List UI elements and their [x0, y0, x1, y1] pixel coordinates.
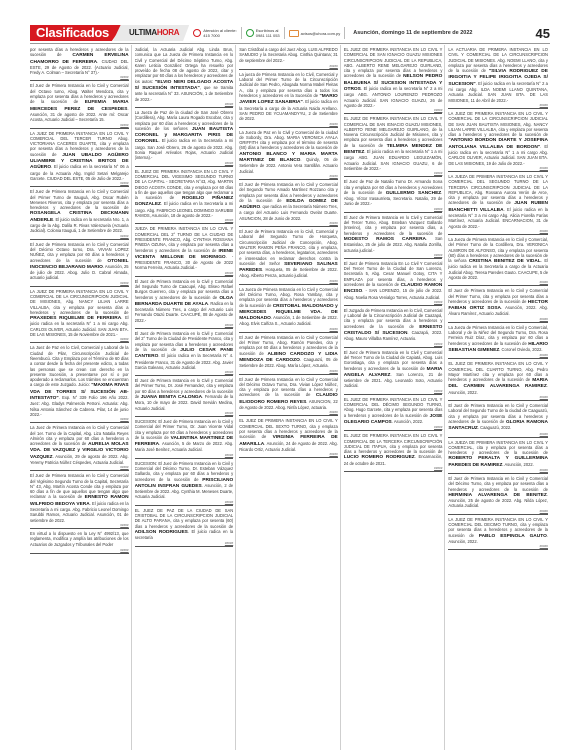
legal-notice: EL JUEZ DE PRIMERA INSTANCIA EN LO CIVIL…	[344, 395, 443, 431]
notice-text: LA JUEZ DE PRIMERA INSTANCIA EN LO CIVIL…	[30, 289, 129, 315]
notice-code: #####	[135, 541, 234, 545]
legal-notice: El Juez de Primera Instancia en lo Civil…	[344, 213, 443, 259]
legal-notice: El Juez de Primera Instancia en lo Civil…	[448, 474, 548, 515]
column-3: San Cristóbal a cargo del Juez Abog. LUI…	[239, 45, 341, 750]
page-number: 45	[536, 26, 550, 41]
notice-subject-name: HERMINIA ALVARENGA DE BENITEZ	[448, 493, 546, 498]
legal-notice: LA ACTUARIA DE PRIMERA INSTANCIA EN LO C…	[448, 45, 548, 109]
notice-text: El Juez de Primera Instancia en lo Civil…	[239, 229, 338, 266]
classifieds-columns: por sesenta días a herederos y acreedore…	[30, 45, 550, 750]
notice-code: #####	[135, 500, 234, 504]
legal-notice: El Juez de Primera Instancia en lo Civil…	[30, 471, 129, 529]
notice-code: #####	[30, 123, 129, 127]
notice-code: #####	[30, 337, 129, 341]
mail-icon	[289, 30, 299, 37]
notice-text-end: . Asunción, 2022.	[392, 419, 423, 424]
notice-subject-name: MODESTO RAMOS CARRERA	[344, 237, 426, 242]
notice-text-end: . Asunción, 2022.	[502, 462, 533, 467]
column-2: Judicial, la Actuaria Judicial Abg. Lind…	[135, 45, 237, 750]
legal-notice: LA JUEZA DE PRIMERA INSTANCIA EN LO CIVI…	[448, 172, 548, 235]
legal-notice: por sesenta días a herederos y acreedore…	[30, 45, 129, 81]
logo-accent: HORA	[157, 28, 179, 37]
notice-subject-name: ADILSON RODRIGUES	[135, 530, 188, 535]
notice-code: #####	[344, 466, 443, 470]
legal-notice: EL JUEZ DE PRIMERA INSTANCIA EN LO CIVIL…	[344, 431, 443, 472]
legal-notice: El Juez de Primera Instancia en lo Civil…	[448, 401, 548, 437]
legal-notice: El Juez de Primera Instancia en lo Civil…	[448, 286, 548, 322]
notice-text: LA JUEZA DE PRIMERA INSTANCIA EN LO CIVI…	[448, 440, 548, 456]
notice-code: #####	[448, 544, 548, 548]
notice-code: #####	[30, 181, 129, 185]
legal-notice: LA JUEZA DE PRIMERA INSTANCIA EN LO CIVI…	[448, 438, 548, 474]
notice-code: #####	[344, 342, 443, 346]
contact-whatsapp: Escribinos al0981 111 053	[246, 27, 285, 39]
notice-code: #####	[344, 253, 443, 257]
notice-code: #####	[135, 271, 234, 275]
legal-notice: EL JUEZ DE PRIMERA INSTANCIA EN LO CIVIL…	[448, 359, 548, 401]
legal-notice: La jueza de Primera Instancia en lo Civi…	[239, 70, 338, 128]
notice-code: #####	[344, 171, 443, 175]
notice-code: #####	[135, 411, 234, 415]
legal-notice: EL JUEZ DE PAZ DE LA CIUDAD DE SAN CRIST…	[135, 506, 234, 547]
whatsapp-icon	[246, 29, 254, 37]
legal-notice: LA JUEZ DE PRIMERA INSTANCIA EN LO CIVIL…	[448, 515, 548, 550]
notice-code: #####	[239, 122, 338, 126]
legal-notice: El Juez de Primera Instancia en lo Civil…	[239, 227, 338, 285]
notice-code: #####	[135, 453, 234, 457]
notice-code: #####	[448, 509, 548, 513]
legal-notice: La Jueza de Primera Instancia en lo Civi…	[239, 285, 338, 333]
legal-notice: La Jueza de Primera Instancia en lo Civi…	[448, 323, 548, 359]
newspaper-logo[interactable]: ULTIMAHORA	[113, 25, 189, 41]
legal-notice: EL JUEZ DE PRIMERA INSTANCIA EN LO CIVIL…	[344, 45, 443, 114]
notice-subject-name: GUILLERMO SANCHEZ	[386, 191, 442, 196]
contact-email[interactable]: avisos@uhora.com.py	[289, 27, 346, 39]
notice-text: El Juez de Primera Instancia en lo Civil…	[448, 476, 548, 492]
notice-text: EL JUEZ DE PRIMERA INSTANCIA EN LO CIVIL…	[344, 397, 443, 418]
notice-subject-name: PRAXEDES RIQUELME DE FERREIRA	[30, 316, 121, 321]
notice-subject-name: LUCIO ROMERO RODRIGUEZ	[344, 455, 415, 460]
notice-code: #####	[30, 234, 129, 238]
contact-phone: Atención al cliente:415 7000	[193, 27, 242, 39]
legal-notice: El Juez de Primera Instancia en lo Civil…	[135, 376, 234, 417]
notice-code: #####	[135, 218, 234, 222]
legal-notice: San Cristóbal a cargo del Juez Abog. LUI…	[239, 45, 338, 70]
legal-notice: LA JUEZ DE PRIMERA INSTANCIA EN LO CIVIL…	[30, 129, 129, 188]
notice-code: #####	[344, 207, 443, 211]
notice-code: #####	[239, 327, 338, 331]
notice-code: #####	[135, 323, 234, 327]
notice-code: #####	[344, 300, 443, 304]
notice-code: #####	[448, 166, 548, 170]
header-rule	[30, 43, 550, 44]
legal-notice: El Juez de Primera Instancia en lo Civil…	[239, 333, 338, 375]
legal-notice: La Juez de Primera Instancia en lo Civil…	[30, 423, 129, 471]
notice-code: #####	[239, 64, 338, 68]
legal-notice: La Jueza de Paz de la ciudad de San José…	[135, 108, 234, 167]
notice-text: El Juez de Primera Instancia en lo Civil…	[344, 215, 443, 236]
notice-subject-name: JUANA BENITA CALONGA	[141, 395, 202, 400]
notice-text: LA JUEZ DE PRIMERA INSTANCIA EN LO CIVIL…	[448, 111, 548, 137]
legal-notice: LA JUEZ DE PRIMERA INSTANCIA EN LO CIVIL…	[448, 109, 548, 172]
notice-code: #####	[344, 108, 443, 112]
legal-notice: El Juez de Primera Instancia en lo Civil…	[344, 348, 443, 395]
notice-text: San Cristóbal a cargo del Juez Abog. LUI…	[239, 47, 338, 63]
notice-subject-name: CRISTINA BENITEZ DE VIDAL	[469, 259, 541, 264]
notice-code: #####	[239, 410, 338, 414]
logo-main: ULTIMA	[129, 28, 157, 37]
legal-notice: En virtud a lo dispuesto en la Ley N° 49…	[30, 529, 129, 554]
column-1: por sesenta días a herederos y acreedore…	[30, 45, 132, 750]
notice-text: EL JUEZ DE PRIMERA INSTANCIA EN LO CIVIL…	[344, 433, 443, 454]
page-header: Clasificados ULTIMAHORA Atención al clie…	[30, 25, 550, 41]
legal-notice: El Juez de Primera Instancia en lo Civil…	[30, 240, 129, 287]
notice-code: #####	[448, 103, 548, 107]
legal-notice: El Juez de Primera Instancia En Lo Civil…	[344, 259, 443, 306]
legal-notice: SUCESION: El Juez de Primera Instancia e…	[135, 459, 234, 506]
legal-notice: El Juzgado de Primera Instancia en lo Ci…	[344, 306, 443, 348]
notice-code: #####	[30, 523, 129, 527]
notice-code: #####	[239, 279, 338, 283]
legal-notice: El Juez de Paz de Natalio Turno Dr. Arma…	[344, 177, 443, 212]
legal-notice: EL JUEZ DE PRIMERA INSTANCIA EN LO CIVIL…	[135, 167, 234, 225]
column-5: LA ACTUARIA DE PRIMERA INSTANCIA EN LO C…	[448, 45, 550, 750]
notice-code: #####	[448, 317, 548, 321]
notice-text: La Juez de Paz en lo Civil, Comercial y …	[30, 345, 129, 387]
notice-text-end: . Coronel Oviedo, 2022.	[499, 347, 542, 352]
notice-code: #####	[239, 174, 338, 178]
legal-notice: EL JUEZ DE PRIMERA INSTANCIA EN LO CIVIL…	[239, 416, 338, 458]
notice-code: #####	[30, 75, 129, 79]
legal-notice: LA JUEZ DE PRIMERA INSTANCIA EN LO CIVIL…	[30, 287, 129, 344]
notice-code: #####	[239, 369, 338, 373]
legal-notice: La Jueza de Primera Instancia en lo Civi…	[448, 235, 548, 286]
notice-subject-name: "ANTONIO BORDON DIARTE Y JOSEFINA ANTOLI…	[448, 138, 548, 149]
notice-text-end: . Caaguazú, 2022.	[478, 425, 511, 430]
notice-code: #####	[448, 432, 548, 436]
section-title: Clasificados	[30, 25, 123, 41]
notice-code: #####	[344, 425, 443, 429]
legal-notice: El Juez de Primera Instancia en lo Civil…	[135, 329, 234, 376]
notice-code: #####	[448, 353, 548, 357]
legal-notice: La Juez de Paz en lo Civil, Comercial y …	[30, 343, 129, 423]
notice-code: #####	[135, 370, 234, 374]
legal-notice: EL JUEZ DE PRIMERA INSTANCIA EN LO CIVIL…	[344, 114, 443, 177]
notice-code: #####	[30, 281, 129, 285]
legal-notice: La Jueza de Paz en lo Civil y Comercial …	[239, 128, 338, 180]
notice-code: #####	[239, 452, 338, 456]
legal-notice: El Juez de Primera Instancia en lo Civil…	[30, 187, 129, 239]
notice-code: #####	[135, 102, 234, 106]
notice-code: #####	[135, 161, 234, 165]
legal-notice: El Juez de Primera Instancia en lo Civil…	[30, 81, 129, 128]
notice-text: El Juez de Primera Instancia en lo Civil…	[30, 189, 129, 210]
notice-code: #####	[30, 417, 129, 421]
notice-text: En virtud a lo dispuesto en la Ley N° 49…	[30, 531, 129, 547]
notice-code: #####	[30, 548, 129, 552]
legal-notice: El Juez de Primera Instancia en lo Civil…	[239, 180, 338, 227]
notice-code: #####	[448, 468, 548, 472]
notice-text: La Jueza de Paz en lo Civil y Comercial …	[239, 130, 338, 151]
legal-notice: El Juez de Primera Instancia en lo Civil…	[135, 277, 234, 329]
notice-code: #####	[448, 280, 548, 284]
notice-code: #####	[448, 395, 548, 399]
notice-code: #####	[448, 229, 548, 233]
legal-notice: SUCESION: El Juez de Primera Instancia e…	[135, 417, 234, 459]
legal-notice: El Juez de Primera Instancia en lo Civil…	[239, 375, 338, 417]
phone-icon	[193, 29, 201, 37]
legal-notice: Judicial, la Actuaria Judicial Abg. Lind…	[135, 45, 234, 108]
notice-text: EL JUEZ DE PAZ DE LA CIUDAD DE SAN CRIST…	[135, 508, 234, 529]
notice-code: #####	[344, 389, 443, 393]
column-4: EL JUEZ DE PRIMERA INSTANCIA EN LO CIVIL…	[344, 45, 446, 750]
notice-subject-name: PABLO ESPINOLA GAUTO	[479, 534, 547, 539]
legal-notice: JUEZA DE PRIMERA INSTANCIA EN LO CIVIL Y…	[135, 224, 234, 276]
notice-text: Judicial, la Actuaria Judicial Abg. Lind…	[135, 47, 234, 84]
dateline: Asunción, domingo 11 de septiembre de 20…	[353, 30, 472, 36]
notice-code: #####	[239, 221, 338, 225]
notice-code: #####	[30, 465, 129, 469]
